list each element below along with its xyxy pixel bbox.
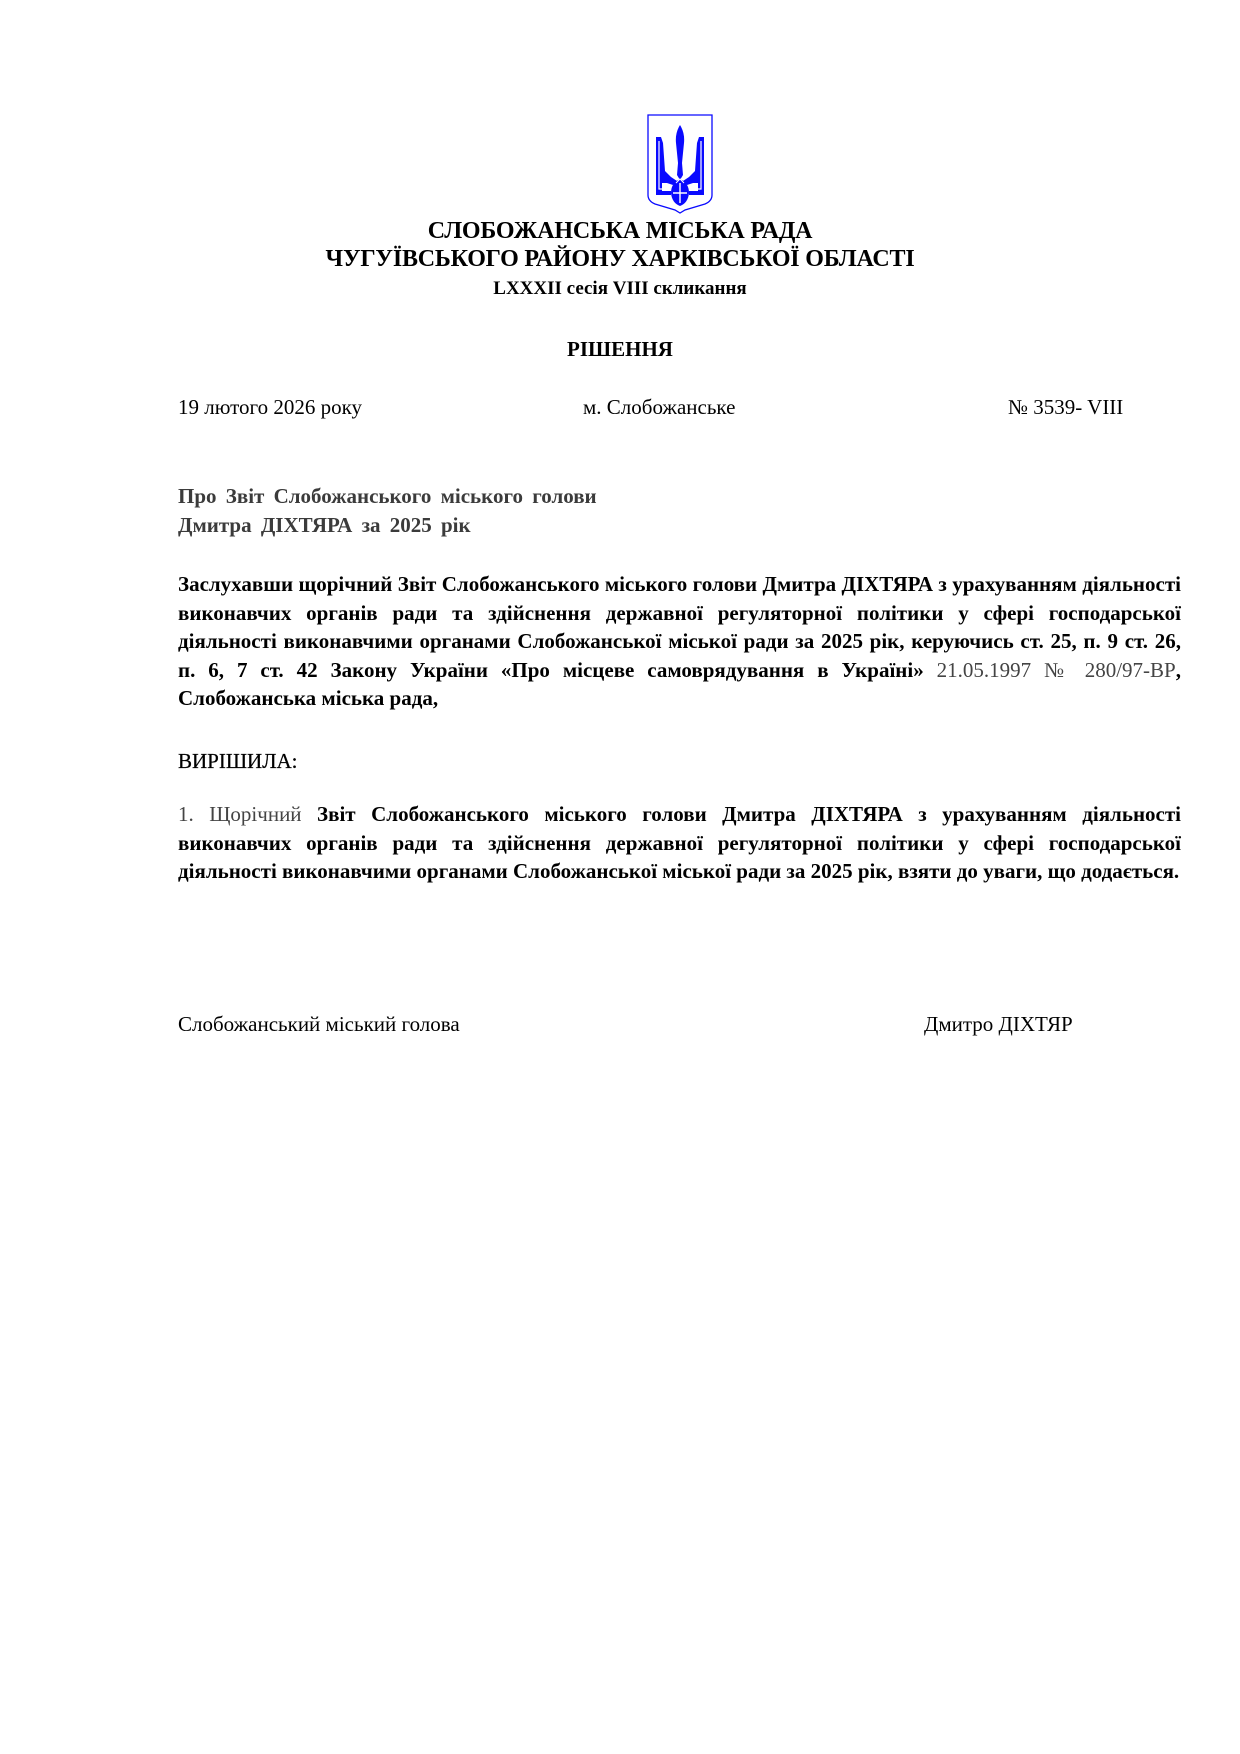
council-name: СЛОБОЖАНСЬКА МІСЬКА РАДА [0,218,1240,245]
document-city: м. Слобожанське [583,395,735,420]
law-reference: 21.05.1997 № 280/97-ВР [924,658,1176,682]
item-prefix: 1. Щорічний [178,802,317,826]
document-subject: Про Звіт Слобожанського міського голови … [178,482,878,540]
document-number: № 3539- VIII [1008,395,1123,420]
coat-of-arms-icon [645,113,715,215]
item-text: Звіт Слобожанського міського голови Дмит… [178,802,1181,883]
document-type: РІШЕННЯ [0,337,1240,362]
session-info: LXXXII сесія VIII скликання [0,278,1240,300]
resolved-label: ВИРІШИЛА: [178,749,297,774]
document-date: 19 лютого 2026 року [178,395,362,420]
preamble-paragraph: Заслухавши щорічний Звіт Слобожанського … [178,570,1181,713]
resolution-item: 1. Щорічний Звіт Слобожанського міського… [178,800,1181,886]
subject-line-1: Про Звіт Слобожанського міського голови [178,482,878,511]
signatory-position: Слобожанський міський голова [178,1012,460,1037]
subject-line-2: Дмитра ДІХТЯРА за 2025 рік [178,511,878,540]
district-name: ЧУГУЇВСЬКОГО РАЙОНУ ХАРКІВСЬКОЇ ОБЛАСТІ [0,246,1240,273]
signatory-name: Дмитро ДІХТЯР [924,1012,1073,1037]
